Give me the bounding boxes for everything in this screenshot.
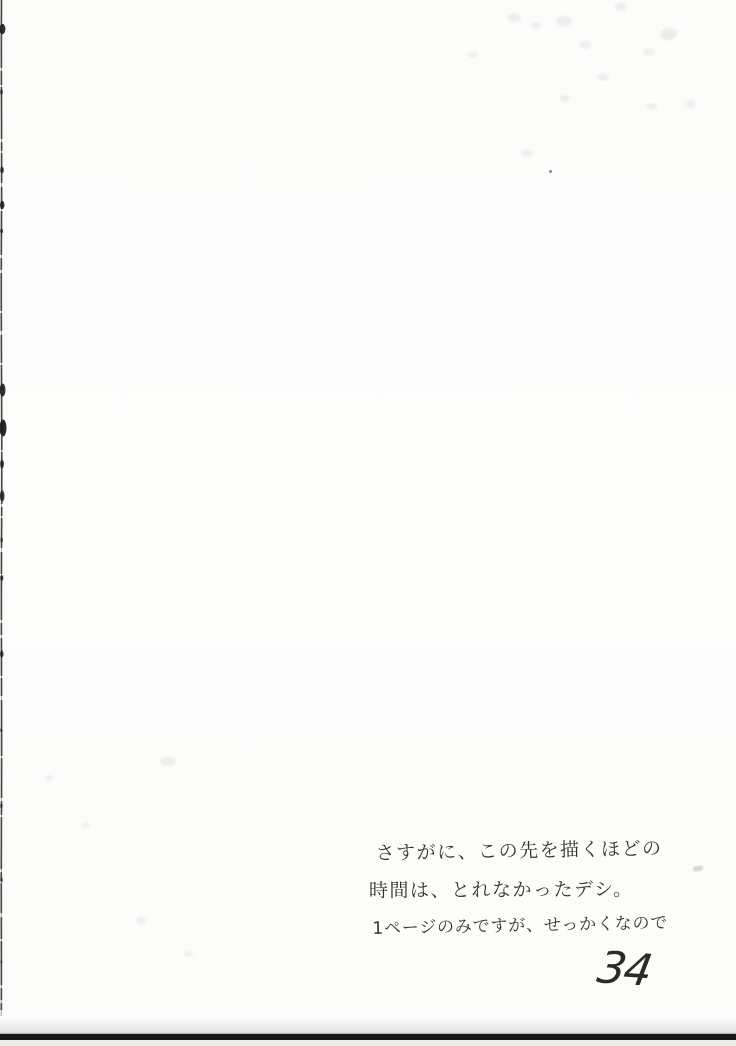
scan-speck [579,41,591,49]
scan-speck [521,149,533,157]
scan-speck [531,22,541,29]
scanned-page: さすがに、この先を描くほどの 時間は、とれなかったデシ。 1ページのみですが、せ… [0,0,736,1046]
note-line-2: 時間は、とれなかったデシ。 [369,875,634,903]
scan-speck [549,170,552,173]
scan-speck [615,3,627,11]
page-number: 34 [594,946,654,993]
scan-speck [646,103,657,110]
scan-speck [597,73,609,81]
scan-speck [556,16,572,26]
scan-speck [82,822,90,828]
scan-speck [643,48,655,56]
scan-speck [660,28,677,40]
pencil-smudge [693,865,704,871]
note-line-1: さすがに、この先を描くほどの [375,834,662,866]
scan-speck [45,775,53,781]
scan-speck [160,756,176,766]
scan-speck [507,13,521,22]
bottom-edge-shadow [0,1018,736,1034]
scan-speck [468,51,478,58]
scan-speck [136,917,146,924]
binding-edge-artifact [0,0,14,1046]
note-line-3: 1ページのみですが、せっかくなので [372,908,668,939]
scan-margin-below [0,1040,736,1046]
scan-speck [184,951,193,957]
handwritten-note: さすがに、この先を描くほどの 時間は、とれなかったデシ。 1ページのみですが、せ… [371,832,672,950]
scan-speck [560,95,570,102]
scan-speck [684,100,696,108]
